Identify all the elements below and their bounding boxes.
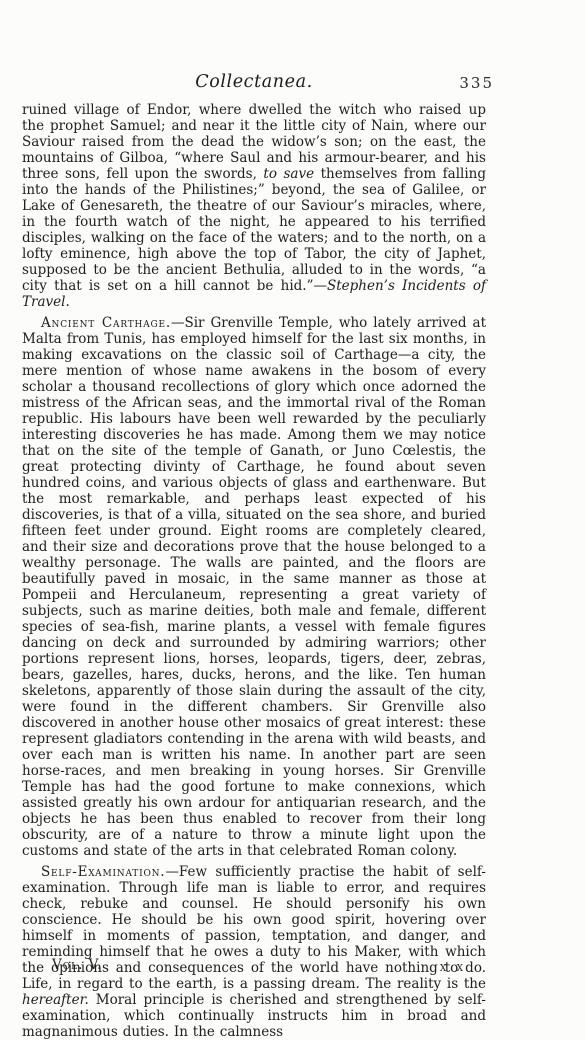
page-header: Collectanea. 335 <box>22 72 486 98</box>
volume-label: Vol. V. <box>52 957 102 973</box>
self-examination-emphasis: hereafter. <box>22 992 89 1008</box>
signature-mark: x x <box>440 959 466 975</box>
travel-text-2: themselves from falling into the hands o… <box>22 166 486 294</box>
travel-emphasis: to save <box>263 166 314 182</box>
book-page: Collectanea. 335 ruined village of Endor… <box>0 0 585 1040</box>
self-examination-text-2: Moral principle is cherished and strengt… <box>22 992 486 1040</box>
paragraph-ancient-carthage: Ancient Carthage.—Sir Grenville Temple, … <box>22 315 486 859</box>
section-heading-ancient-carthage: Ancient Carthage. <box>41 315 171 331</box>
paragraph-self-examination: Self-Examination.—Few sufficiently pract… <box>22 864 486 1040</box>
page-number: 335 <box>459 74 494 92</box>
carthage-text: —Sir Grenville Temple, who lately arrive… <box>22 315 486 859</box>
paragraph-travel-excerpt: ruined village of Endor, where dwelled t… <box>22 102 486 310</box>
page-footer: Vol. V. x x <box>22 957 486 975</box>
page-body: ruined village of Endor, where dwelled t… <box>22 102 486 1040</box>
section-heading-self-examination: Self-Examination. <box>41 864 165 880</box>
running-title: Collectanea. <box>22 72 486 92</box>
